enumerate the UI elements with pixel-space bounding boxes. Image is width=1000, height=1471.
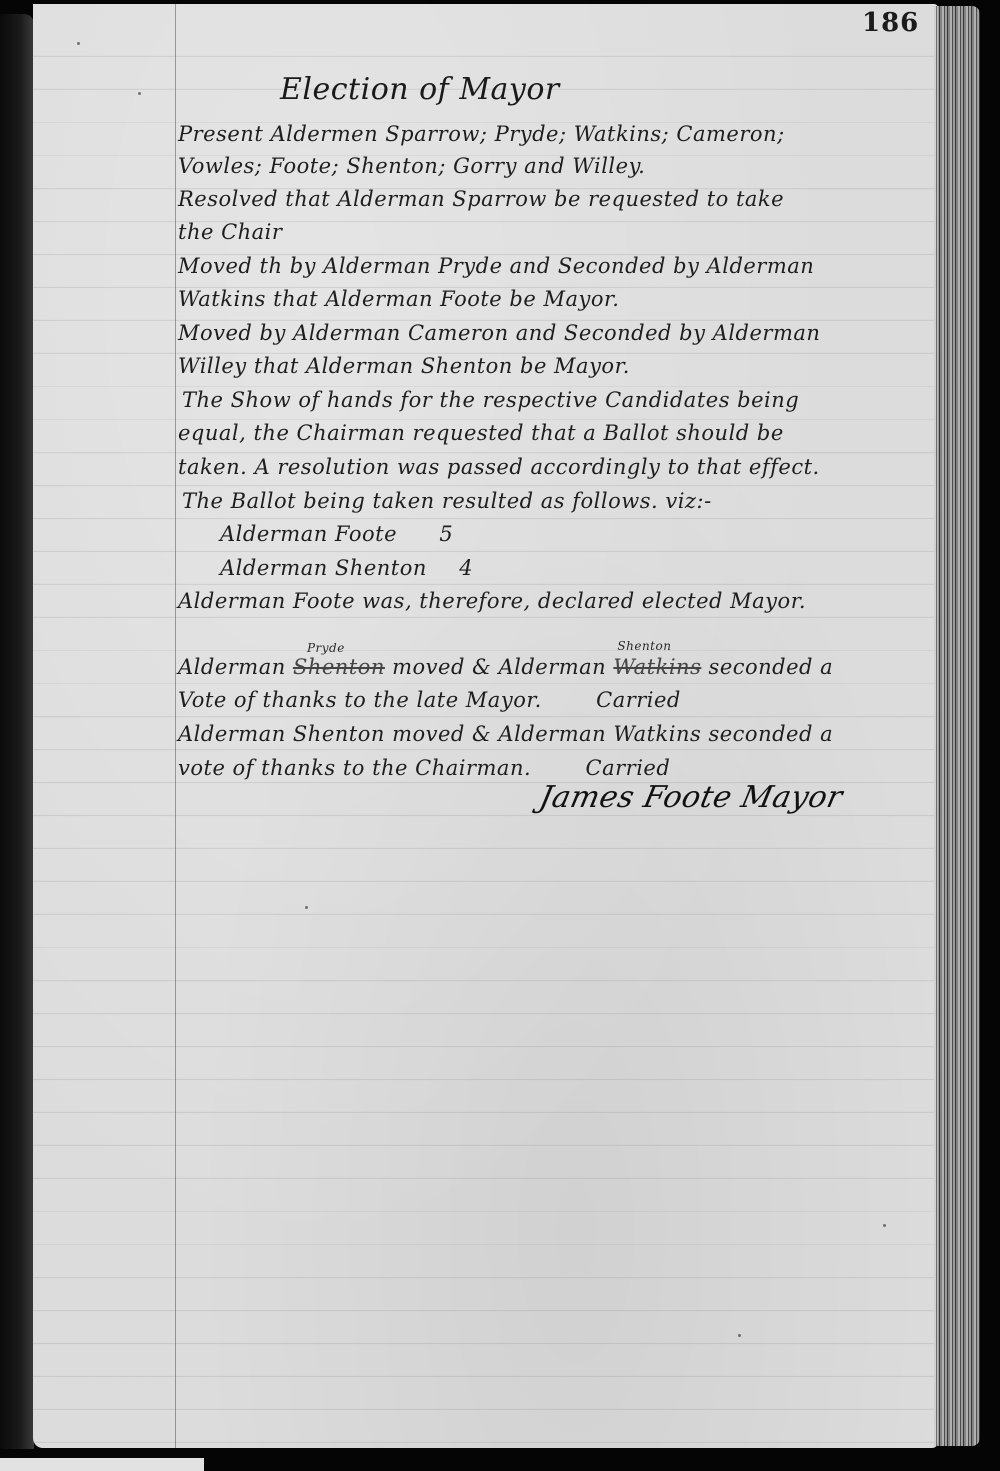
minutes-line: Moved th by Alderman Pryde and Seconded … [178, 254, 814, 278]
text-fragment: Vote of thanks to the late Mayor. [178, 688, 542, 712]
carried-note: Carried [586, 756, 671, 780]
minutes-line: The Show of hands for the respective Can… [182, 388, 799, 412]
minutes-line: Moved by Alderman Cameron and Seconded b… [178, 321, 820, 345]
paper-speck [738, 1334, 741, 1337]
text-fragment: Alderman [178, 655, 286, 679]
minutes-line: The Ballot being taken resulted as follo… [182, 489, 712, 513]
minutes-line: equal, the Chairman requested that a Bal… [178, 421, 784, 445]
vote-thanks-2-line-1: Alderman Shenton moved & Alderman Watkin… [178, 722, 833, 746]
book-page-edges [934, 6, 980, 1446]
text-fragment: vote of thanks to the Chairman. [178, 756, 531, 780]
paper-speck [138, 92, 141, 95]
text-fragment: moved & Alderman [392, 655, 606, 679]
minutes-line: the Chair [178, 220, 282, 244]
minutes-line: Resolved that Alderman Sparrow be reques… [178, 187, 784, 211]
ballot-votes: 4 [459, 556, 473, 580]
minutes-title: Election of Mayor [280, 72, 560, 107]
vote-thanks-1-line-1: Alderman Pryde Shenton moved & Alderman … [178, 655, 833, 679]
ballot-votes: 5 [439, 522, 453, 546]
paper-speck [883, 1224, 886, 1227]
minutes-line: Willey that Alderman Shenton be Mayor. [178, 354, 630, 378]
scan-label-strip [0, 1458, 204, 1471]
paper-speck [305, 906, 308, 909]
mayor-signature: James Foote Mayor [536, 780, 846, 815]
margin-line [175, 4, 176, 1448]
struck-out-name-mover: Shenton [293, 655, 385, 679]
paper-speck [77, 42, 80, 45]
text-fragment: seconded a [709, 655, 834, 679]
vote-thanks-1-line-2: Vote of thanks to the late Mayor. Carrie… [178, 688, 681, 712]
declaration-line: Alderman Foote was, therefore, declared … [178, 589, 806, 613]
minutes-line: Vowles; Foote; Shenton; Gorry and Willey… [178, 154, 645, 178]
inserted-correction-mover: Pryde [307, 641, 345, 655]
minutes-line: taken. A resolution was passed according… [178, 455, 820, 479]
ballot-row-shenton: Alderman Shenton 4 [220, 556, 473, 580]
facing-page-shadow [0, 14, 34, 1449]
struck-out-name-seconder: Watkins [613, 655, 701, 679]
page-number: 186 [862, 8, 919, 38]
carried-note: Carried [596, 688, 681, 712]
ballot-row-foote: Alderman Foote 5 [220, 522, 453, 546]
ballot-candidate: Alderman Foote [220, 522, 397, 546]
minutes-line: Watkins that Alderman Foote be Mayor. [178, 287, 619, 311]
minutes-line: Present Aldermen Sparrow; Pryde; Watkins… [178, 122, 785, 146]
ballot-candidate: Alderman Shenton [220, 556, 427, 580]
scanned-page-image: 186 Election of Mayor Present Aldermen S… [0, 0, 1000, 1471]
vote-thanks-2-line-2: vote of thanks to the Chairman. Carried [178, 756, 670, 780]
inserted-correction-seconder: Shenton [617, 639, 671, 653]
